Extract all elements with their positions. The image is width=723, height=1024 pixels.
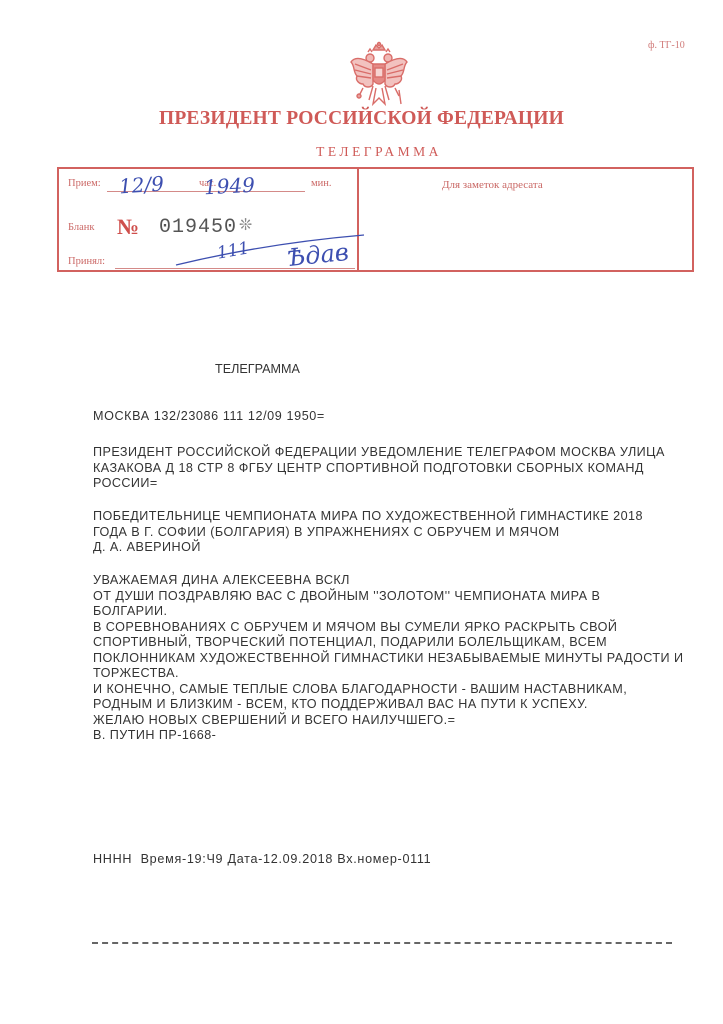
telegram-heading: ТЕЛЕГРАММА <box>215 362 300 378</box>
recipient-line: ГОДА В Г. СОФИИ (БОЛГАРИЯ) В УПРАЖНЕНИЯХ… <box>93 525 643 541</box>
address-block: ПРЕЗИДЕНТ РОССИЙСКОЙ ФЕДЕРАЦИИ УВЕДОМЛЕН… <box>93 445 665 492</box>
recipient-line: ПОБЕДИТЕЛЬНИЦЕ ЧЕМПИОНАТА МИРА ПО ХУДОЖЕ… <box>93 509 643 525</box>
message-line: БОЛГАРИИ. <box>93 604 683 620</box>
footer-line: НННН Время-19:Ч9 Дата-12.09.2018 Вх.номе… <box>93 852 431 868</box>
org-title: ПРЕЗИДЕНТ РОССИЙСКОЙ ФЕДЕРАЦИИ <box>0 108 723 130</box>
message-line: ЖЕЛАЮ НОВЫХ СВЕРШЕНИЙ И ВСЕГО НАИЛУЧШЕГО… <box>93 713 683 729</box>
recipient-block: ПОБЕДИТЕЛЬНИЦЕ ЧЕМПИОНАТА МИРА ПО ХУДОЖЕ… <box>93 509 643 556</box>
message-line: РОДНЫМ И БЛИЗКИМ - ВСЕМ, КТО ПОДДЕРЖИВАЛ… <box>93 697 683 713</box>
recipient-line: Д. А. АВЕРИНОЙ <box>93 540 643 556</box>
message-line: УВАЖАЕМАЯ ДИНА АЛЕКСЕЕВНА ВСКЛ <box>93 573 683 589</box>
number-sign: № <box>117 214 139 240</box>
received-handwritten-date: 12/9 <box>118 171 164 198</box>
blank-label: Бланк <box>68 222 95 233</box>
accepted-label: Принял: <box>68 256 105 267</box>
telegram-form-box: Прием: час. мин. 12/9 1949 Бланк № 01945… <box>57 167 694 272</box>
address-line: РОССИИ= <box>93 476 665 492</box>
notes-label: Для заметок адресата <box>442 179 543 191</box>
dashed-separator <box>92 942 672 944</box>
minute-label: мин. <box>311 178 332 189</box>
message-line: В СОРЕВНОВАНИЯХ С ОБРУЧЕМ И МЯЧОМ ВЫ СУМ… <box>93 620 683 636</box>
message-line: И КОНЕЧНО, САМЫЕ ТЕПЛЫЕ СЛОВА БЛАГОДАРНО… <box>93 682 683 698</box>
signature-line: В. ПУТИН ПР-1668- <box>93 728 683 744</box>
form-subtitle: ТЕЛЕГРАММА <box>0 144 723 160</box>
routing-line: МОСКВА 132/23086 111 12/09 1950= <box>93 409 325 425</box>
message-block: УВАЖАЕМАЯ ДИНА АЛЕКСЕЕВНА ВСКЛ ОТ ДУШИ П… <box>93 573 683 744</box>
received-label: Прием: <box>68 178 101 189</box>
russian-coat-of-arms-icon <box>343 40 415 112</box>
message-line: ОТ ДУШИ ПОЗДРАВЛЯЮ ВАС С ДВОЙНЫМ ''ЗОЛОТ… <box>93 589 683 605</box>
message-line: ПОКЛОННИКАМ ХУДОЖЕСТВЕННОЙ ГИМНАСТИКИ НЕ… <box>93 651 683 667</box>
message-line: ТОРЖЕСТВА. <box>93 666 683 682</box>
form-code: ф. ТГ-10 <box>648 40 685 51</box>
address-line: ПРЕЗИДЕНТ РОССИЙСКОЙ ФЕДЕРАЦИИ УВЕДОМЛЕН… <box>93 445 665 461</box>
received-handwritten-time: 1949 <box>203 173 255 200</box>
message-line: СПОРТИВНЫЙ, ТВОРЧЕСКИЙ ПОТЕНЦИАЛ, ПОДАРИ… <box>93 635 683 651</box>
address-line: КАЗАКОВА Д 18 СТР 8 ФГБУ ЦЕНТР СПОРТИВНО… <box>93 461 665 477</box>
